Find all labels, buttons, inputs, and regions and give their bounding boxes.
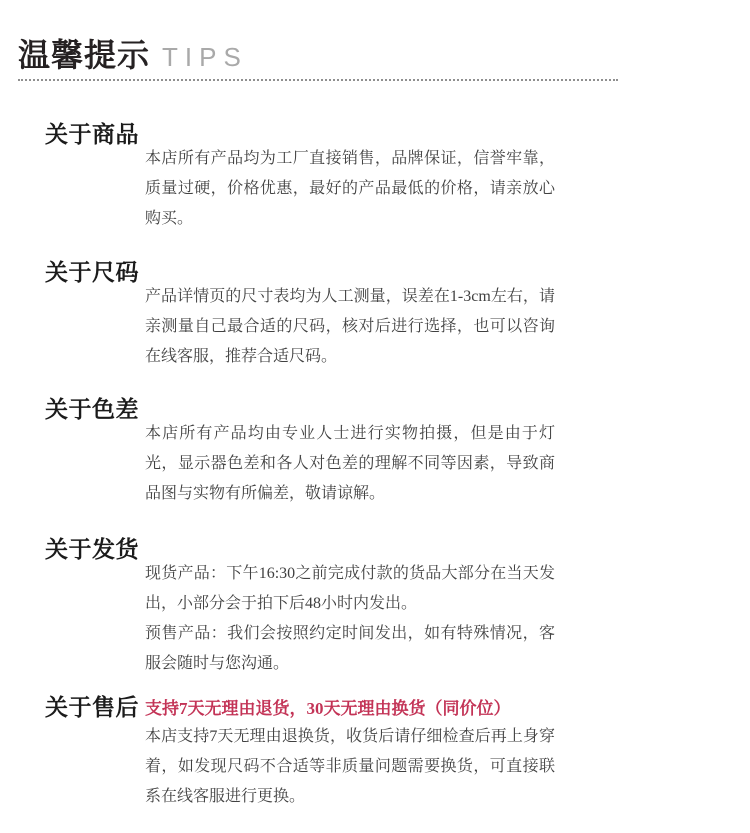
section-paragraph-in-stock: 现货产品：下午16:30之前完成付款的货品大部分在当天发出，小部分会于拍下后48… — [145, 559, 555, 619]
section-body-size: 产品详情页的尺寸表均为人工测量，误差在1-3cm左右，请亲测量自己最合适的尺码，… — [145, 260, 555, 372]
section-paragraph: 本店所有产品均由专业人士进行实物拍摄，但是由于灯光，显示器色差和各人对色差的理解… — [145, 419, 555, 509]
tips-sections: 关于商品 本店所有产品均为工厂直接销售，品牌保证，信誉牢靠，质量过硬，价格优惠，… — [0, 122, 750, 812]
section-paragraph-presale: 预售产品：我们会按照约定时间发出，如有特殊情况，客服会随时与您沟通。 — [145, 619, 555, 679]
section-about-color-difference: 关于色差 本店所有产品均由专业人士进行实物拍摄，但是由于灯光，显示器色差和各人对… — [45, 397, 750, 509]
section-heading-color-difference: 关于色差 — [45, 397, 145, 423]
section-heading-product: 关于商品 — [45, 122, 145, 148]
dotted-divider — [18, 79, 618, 81]
return-policy-highlight: 支持7天无理由退货，30天无理由换货（同价位） — [145, 695, 555, 722]
section-about-shipping: 关于发货 现货产品：下午16:30之前完成付款的货品大部分在当天发出，小部分会于… — [45, 537, 750, 679]
tips-page: 温馨提示 TIPS 关于商品 本店所有产品均为工厂直接销售，品牌保证，信誉牢靠，… — [0, 0, 750, 833]
page-header: 温馨提示 TIPS — [0, 0, 750, 81]
section-heading-size: 关于尺码 — [45, 260, 145, 286]
section-paragraph: 产品详情页的尺寸表均为人工测量，误差在1-3cm左右，请亲测量自己最合适的尺码，… — [145, 282, 555, 372]
section-body-color-difference: 本店所有产品均由专业人士进行实物拍摄，但是由于灯光，显示器色差和各人对色差的理解… — [145, 397, 555, 509]
section-about-product: 关于商品 本店所有产品均为工厂直接销售，品牌保证，信誉牢靠，质量过硬，价格优惠，… — [45, 122, 750, 234]
section-body-shipping: 现货产品：下午16:30之前完成付款的货品大部分在当天发出，小部分会于拍下后48… — [145, 537, 555, 679]
section-paragraph: 本店所有产品均为工厂直接销售，品牌保证，信誉牢靠，质量过硬，价格优惠，最好的产品… — [145, 144, 555, 234]
section-body-product: 本店所有产品均为工厂直接销售，品牌保证，信誉牢靠，质量过硬，价格优惠，最好的产品… — [145, 122, 555, 234]
section-heading-shipping: 关于发货 — [45, 537, 145, 563]
section-body-aftersale: 支持7天无理由退货，30天无理由换货（同价位） 本店支持7天无理由退换货，收货后… — [145, 695, 555, 812]
page-subtitle: TIPS — [162, 44, 248, 70]
section-paragraph: 本店支持7天无理由退换货，收货后请仔细检查后再上身穿着，如发现尺码不合适等非质量… — [145, 722, 555, 812]
page-title-row: 温馨提示 TIPS — [18, 38, 750, 72]
section-about-aftersale: 关于售后 支持7天无理由退货，30天无理由换货（同价位） 本店支持7天无理由退换… — [45, 695, 750, 812]
section-about-size: 关于尺码 产品详情页的尺寸表均为人工测量，误差在1-3cm左右，请亲测量自己最合… — [45, 260, 750, 372]
section-heading-aftersale: 关于售后 — [45, 695, 145, 721]
page-title: 温馨提示 — [18, 38, 150, 72]
